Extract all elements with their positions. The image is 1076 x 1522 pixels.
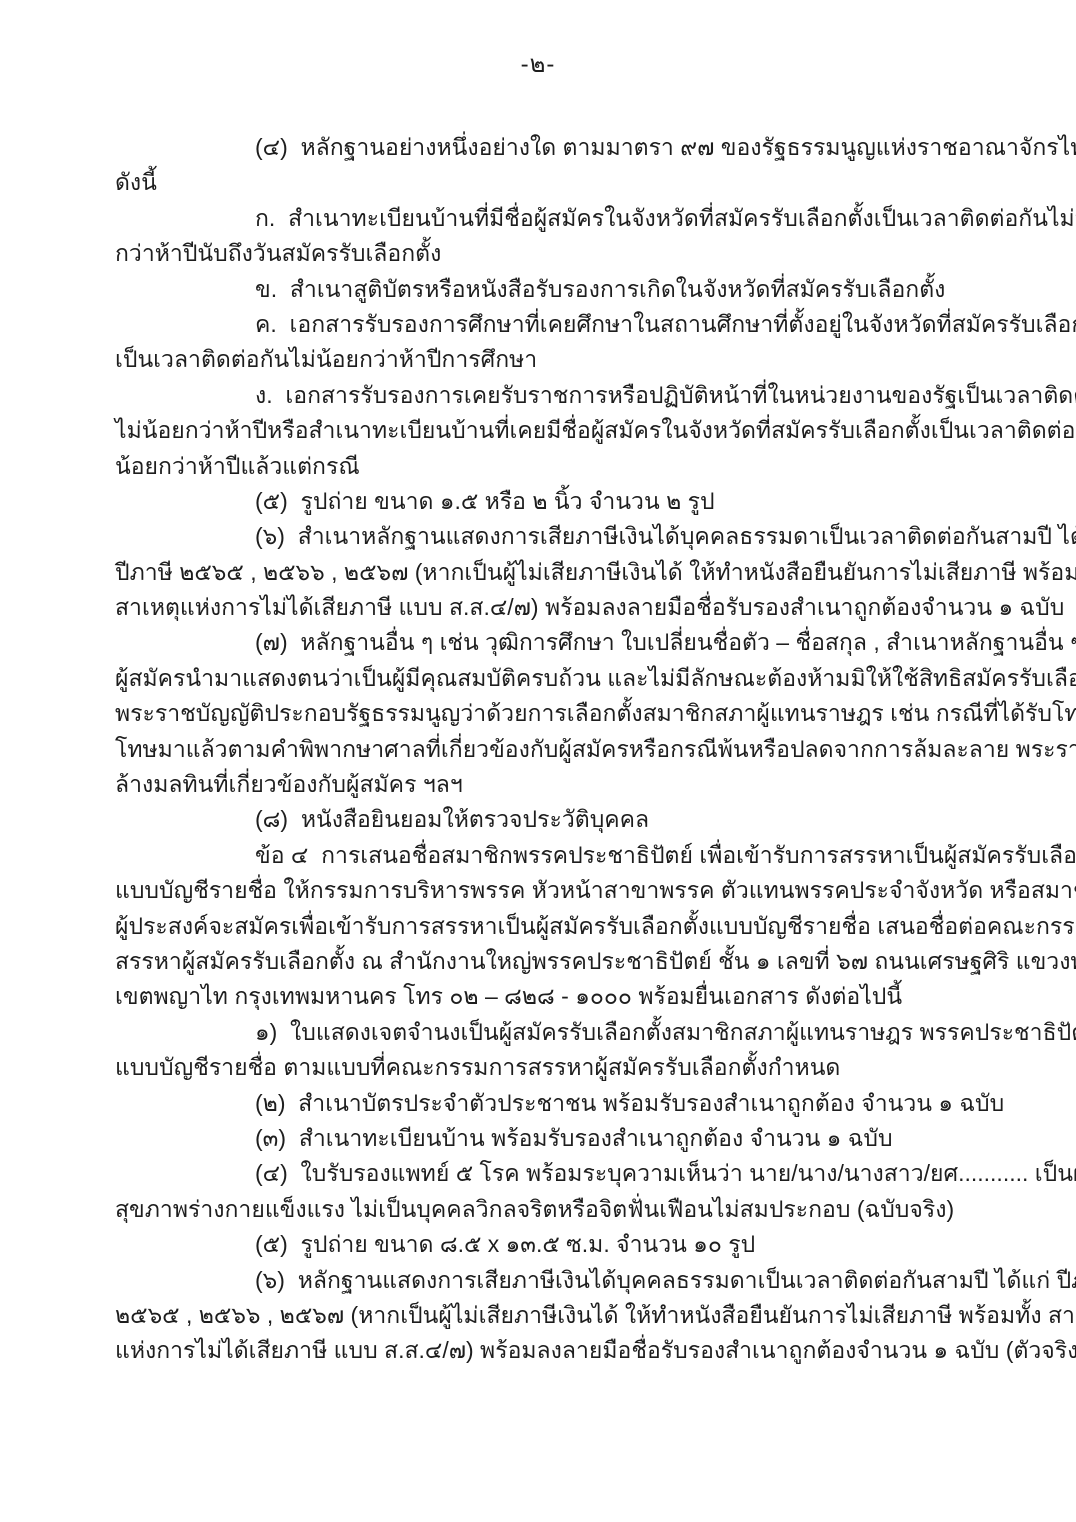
text-line: ผู้ประสงค์จะสมัครเพื่อเข้ารับการสรรหาเป็…	[115, 909, 962, 944]
text-line: แห่งการไม่ได้เสียภาษี แบบ ส.ส.๔/๗) พร้อม…	[115, 1333, 962, 1368]
text-line: (๔) ใบรับรองแพทย์ ๕ โรค พร้อมระบุความเห็…	[115, 1156, 962, 1191]
text-line: ผู้สมัครนำมาแสดงตนว่าเป็นผู้มีคุณสมบัติค…	[115, 661, 962, 696]
text-line: ง. เอกสารรับรองการเคยรับราชการหรือปฏิบัต…	[115, 378, 962, 413]
text-line: (๘) หนังสือยินยอมให้ตรวจประวัติบุคคล	[115, 802, 962, 837]
text-line: (๖) หลักฐานแสดงการเสียภาษีเงินได้บุคคลธร…	[115, 1263, 962, 1298]
page-number: -๒-	[0, 50, 1076, 80]
text-line: ไม่น้อยกว่าห้าปีหรือสำเนาทะเบียนบ้านที่เ…	[115, 413, 962, 448]
document-page: -๒- (๔) หลักฐานอย่างหนึ่งอย่างใด ตามมาตร…	[0, 0, 1076, 1522]
text-line: กว่าห้าปีนับถึงวันสมัครรับเลือกตั้ง	[115, 236, 962, 271]
text-line: ข้อ ๔ การเสนอชื่อสมาชิกพรรคประชาธิปัตย์ …	[115, 838, 962, 873]
text-line: น้อยกว่าห้าปีแล้วแต่กรณี	[115, 449, 962, 484]
text-line: เขตพญาไท กรุงเทพมหานคร โทร ๐๒ – ๘๒๘ - ๑๐…	[115, 979, 962, 1014]
text-line: ดังนี้	[115, 165, 962, 200]
text-line: ก. สำเนาทะเบียนบ้านที่มีชื่อผู้สมัครในจั…	[115, 201, 962, 236]
text-line: (๖) สำเนาหลักฐานแสดงการเสียภาษีเงินได้บุ…	[115, 519, 962, 554]
text-line: สาเหตุแห่งการไม่ได้เสียภาษี แบบ ส.ส.๔/๗)…	[115, 590, 962, 625]
text-line: ๒๕๖๕ , ๒๕๖๖ , ๒๕๖๗ (หากเป็นผู้ไม่เสียภาษ…	[115, 1298, 962, 1333]
text-line: สรรหาผู้สมัครรับเลือกตั้ง ณ สำนักงานใหญ่…	[115, 944, 962, 979]
text-line: เป็นเวลาติดต่อกันไม่น้อยกว่าห้าปีการศึกษ…	[115, 342, 962, 377]
text-line: ข. สำเนาสูติบัตรหรือหนังสือรับรองการเกิด…	[115, 272, 962, 307]
text-line: (๒) สำเนาบัตรประจำตัวประชาชน พร้อมรับรอง…	[115, 1086, 962, 1121]
text-line: (๔) หลักฐานอย่างหนึ่งอย่างใด ตามมาตรา ๙๗…	[115, 130, 962, 165]
text-line: ล้างมลทินที่เกี่ยวข้องกับผู้สมัคร ฯลฯ	[115, 767, 962, 802]
text-line: แบบบัญชีรายชื่อ ตามแบบที่คณะกรรมการสรรหา…	[115, 1050, 962, 1085]
text-line: โทษมาแล้วตามคำพิพากษาศาลที่เกี่ยวข้องกับ…	[115, 732, 962, 767]
text-line: (๗) หลักฐานอื่น ๆ เช่น วุฒิการศึกษา ใบเป…	[115, 625, 962, 660]
text-line: (๓) สำเนาทะเบียนบ้าน พร้อมรับรองสำเนาถูก…	[115, 1121, 962, 1156]
text-line: ค. เอกสารรับรองการศึกษาที่เคยศึกษาในสถาน…	[115, 307, 962, 342]
document-body: (๔) หลักฐานอย่างหนึ่งอย่างใด ตามมาตรา ๙๗…	[115, 130, 962, 1369]
text-line: พระราชบัญญัติประกอบรัฐธรรมนูญว่าด้วยการเ…	[115, 696, 962, 731]
text-line: ปีภาษี ๒๕๖๕ , ๒๕๖๖ , ๒๕๖๗ (หากเป็นผู้ไม่…	[115, 555, 962, 590]
text-line: (๕) รูปถ่าย ขนาด ๑.๕ หรือ ๒ นิ้ว จำนวน ๒…	[115, 484, 962, 519]
text-line: ๑) ใบแสดงเจตจำนงเป็นผู้สมัครรับเลือกตั้ง…	[115, 1015, 962, 1050]
text-line: สุขภาพร่างกายแข็งแรง ไม่เป็นบุคคลวิกลจริ…	[115, 1192, 962, 1227]
text-line: แบบบัญชีรายชื่อ ให้กรรมการบริหารพรรค หัว…	[115, 873, 962, 908]
text-line: (๕) รูปถ่าย ขนาด ๘.๕ x ๑๓.๕ ซ.ม. จำนวน ๑…	[115, 1227, 962, 1262]
